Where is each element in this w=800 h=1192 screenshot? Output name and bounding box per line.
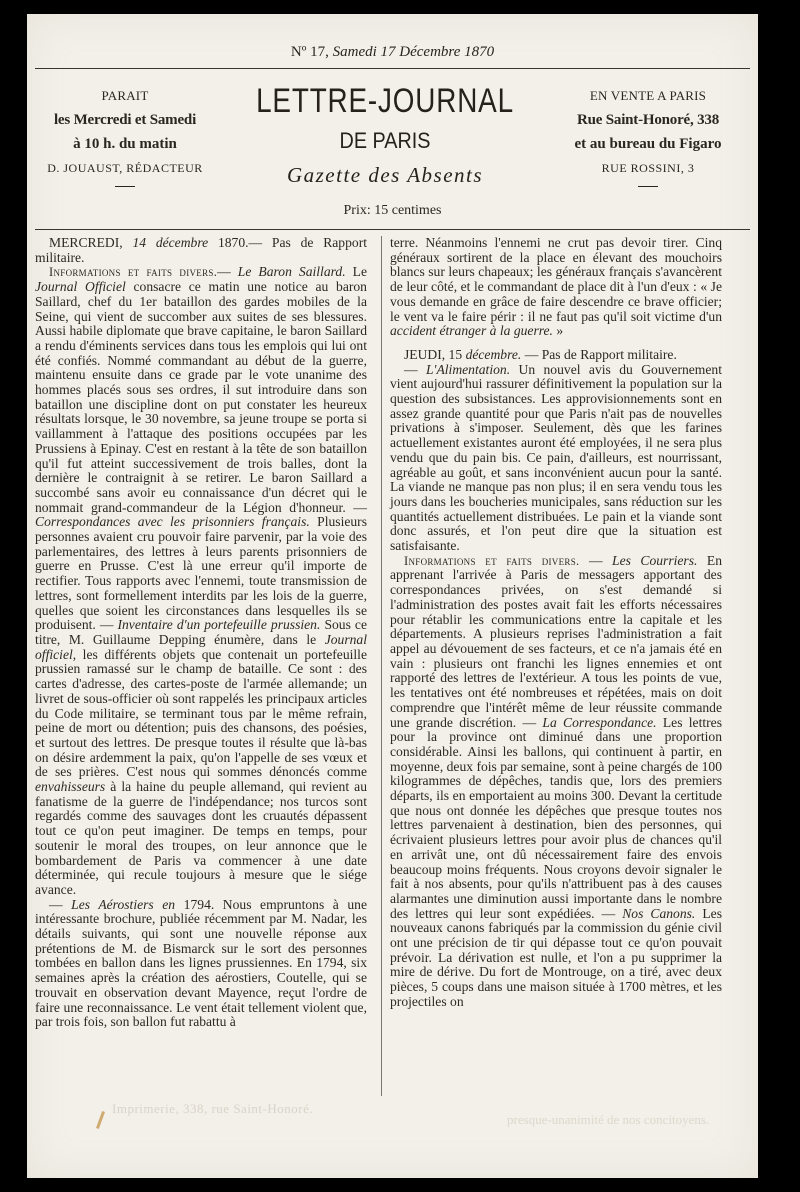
header-bottom-rule [35, 229, 750, 230]
price: Prix: 15 centimes [27, 203, 758, 219]
right-column: terre. Néanmoins l'ennemi ne crut pas de… [390, 236, 722, 1010]
publication-name: Journal Officiel [35, 279, 126, 294]
article-body: Un nouvel avis du Gouvernement vient auj… [390, 362, 722, 553]
date-label: décembre. [466, 347, 522, 362]
article-aerostiers-continued: terre. Néanmoins l'ennemi ne crut pas de… [390, 236, 722, 339]
article-title: Les Courriers. [612, 553, 697, 568]
article-alimentation: — L'Alimentation. Un nouvel avis du Gouv… [390, 363, 722, 554]
section-heading: Informations et faits divers. [49, 265, 217, 279]
article-body: 1794. Nous empruntons à une intéressante… [35, 897, 367, 1030]
article-title: L'Alimentation. [426, 362, 510, 377]
dash: — [217, 264, 231, 279]
newspaper-subtitle: DE PARIS [232, 128, 538, 154]
article-courriers: Informations et faits divers. — Les Cour… [390, 554, 722, 1010]
sale-office: et au bureau du Figaro [553, 132, 743, 156]
editor-name: D. JOUAUST, RÉDACTEUR [35, 156, 215, 180]
article-thursday: JEUDI, 15 décembre. — Pas de Rapport mil… [390, 348, 722, 363]
sale-address: Rue Saint-Honoré, 338 [553, 108, 743, 132]
masthead-right: EN VENTE A PARIS Rue Saint-Honoré, 338 e… [553, 84, 743, 187]
bleed-through-text: Imprimerie, 338, rue Saint-Honoré. [112, 1101, 313, 1117]
masthead-left: PARAIT les Mercredi et Samedi à 10 h. du… [35, 84, 215, 187]
newspaper-page: Nº 17, Samedi 17 Décembre 1870 PARAIT le… [27, 14, 758, 1178]
article-aerostiers: — Les Aérostiers en 1794. Nous emprunton… [35, 898, 367, 1030]
publication-days: les Mercredi et Samedi [35, 108, 215, 132]
article-title: Le Baron Saillard. [238, 264, 346, 279]
sale-office-address: RUE ROSSINI, 3 [553, 156, 743, 180]
text: Le [353, 264, 367, 279]
quote-close: » [556, 323, 563, 338]
article-title: Correspondances avec les prisonniers fra… [35, 514, 310, 529]
sale-label: EN VENTE A PARIS [553, 84, 743, 108]
dash: — [589, 553, 603, 568]
newspaper-tagline: Gazette des Absents [215, 163, 555, 188]
short-rule [115, 186, 135, 187]
article-title: Nos Canons. [622, 906, 695, 921]
date-label: 14 décembre [132, 235, 208, 250]
article-body: Les nouveaux canons fabriqués par la com… [390, 906, 722, 1009]
issue-date: Samedi 17 Décembre 1870 [333, 44, 494, 60]
dateline: Nº 17, Samedi 17 Décembre 1870 [27, 44, 758, 61]
article-body: consacre ce matin une notice au baron Sa… [35, 279, 367, 515]
article-title: Les Aérostiers en [71, 897, 175, 912]
paper-stain [96, 1111, 105, 1129]
article-body: terre. Néanmoins l'ennemi ne crut pas de… [390, 235, 722, 324]
dash: — [49, 897, 63, 912]
dash: — [404, 362, 418, 377]
short-rule [638, 186, 658, 187]
newspaper-title: LETTRE-JOURNAL [246, 82, 525, 121]
article-body: Les lettres pour la province ont diminué… [390, 715, 722, 921]
article-title: La Correspondance. [542, 715, 656, 730]
article-body: En apprenant l'arrivée à Paris de messag… [390, 553, 722, 730]
top-rule [35, 68, 750, 69]
day-label: MERCREDI, [49, 235, 123, 250]
column-divider [381, 236, 382, 1096]
quote-emphasis: accident étranger à la guerre. [390, 323, 553, 338]
report-text: — Pas de Rapport militaire. [525, 347, 677, 362]
bleed-through-text: presque-unanimité de nos concitoyens. [507, 1112, 709, 1128]
publication-time: à 10 h. du matin [35, 132, 215, 156]
article-wednesday: MERCREDI, 14 décembre 1870.— Pas de Rapp… [35, 236, 367, 265]
issue-number: Nº 17, [291, 44, 329, 60]
publication-label: PARAIT [35, 84, 215, 108]
emphasis: envahisseurs [35, 779, 105, 794]
section-heading: Informations et faits divers. [404, 554, 579, 568]
article-body: Plusieurs personnes avaient cru pouvoir … [35, 514, 367, 632]
day-label: JEUDI, 15 [404, 347, 462, 362]
left-column: MERCREDI, 14 décembre 1870.— Pas de Rapp… [35, 236, 367, 1030]
article-body: , les différents objets que contenait un… [35, 647, 367, 780]
article-body: à la haine du peuple allemand, qui revie… [35, 779, 367, 897]
article-baron-saillard: Informations et faits divers.— Le Baron … [35, 265, 367, 897]
article-title: Inventaire d'un portefeuille prussien. [117, 617, 320, 632]
